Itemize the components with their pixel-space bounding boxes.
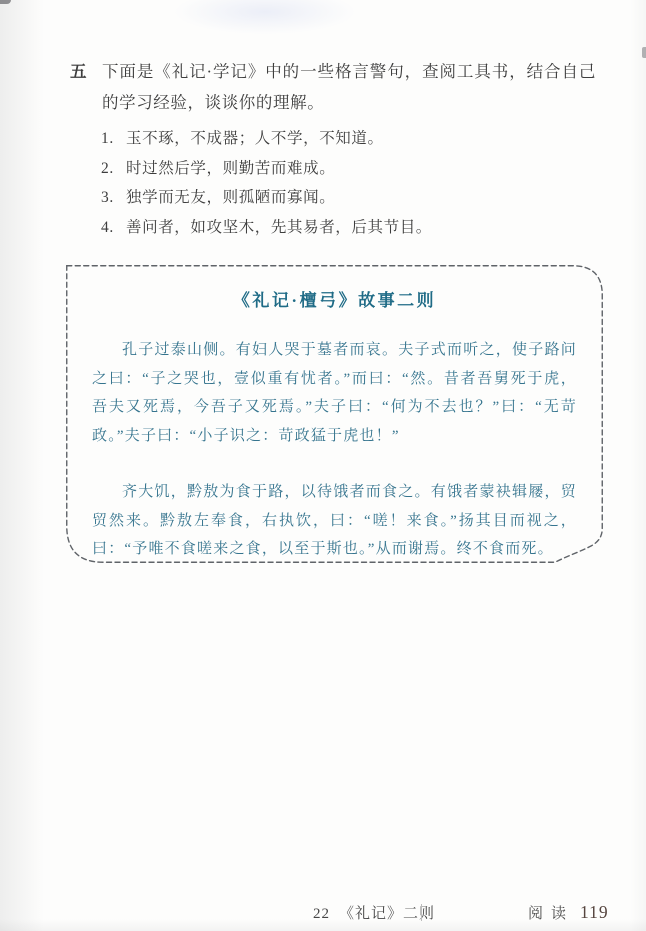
story-box: 《礼记·檀弓》故事二则 孔子过泰山侧。有妇人哭于墓者而哀。夫子式而听之，使子路问… — [66, 265, 603, 563]
story-box-title: 《礼记·檀弓》故事二则 — [66, 286, 603, 311]
list-item-text: 独学而无友，则孤陋而寡闻。 — [126, 183, 335, 213]
exercise-number: 五 — [70, 56, 102, 118]
story-paragraph: 孔子过泰山侧。有妇人哭于墓者而哀。夫子式而听之，使子路问之曰：“子之哭也，壹似重… — [92, 336, 577, 450]
page-footer: 22 《礼记》二则 阅读 119 — [0, 900, 646, 926]
exercise-prompt: 下面是《礼记·学记》中的一些格言警句，查阅工具书，结合自己的学习经验，谈谈你的理… — [102, 56, 596, 118]
footer-divider — [421, 904, 422, 921]
footer-section: 阅读 119 — [528, 902, 609, 923]
list-item: 3. 独学而无友，则孤陋而寡闻。 — [101, 183, 596, 213]
list-item-number: 2. — [101, 154, 126, 184]
exercise-item-list: 1. 玉不琢，不成器；人不学，不知道。 2. 时过然后学，则勤苦而难成。 3. … — [101, 124, 596, 242]
list-item-text: 玉不琢，不成器；人不学，不知道。 — [126, 124, 384, 154]
footer-lesson: 22 《礼记》二则 — [313, 902, 435, 923]
list-item: 2. 时过然后学，则勤苦而难成。 — [101, 154, 596, 184]
list-item-number: 3. — [101, 183, 126, 213]
story-paragraph: 齐大饥，黔敖为食于路，以待饿者而食之。有饿者蒙袂辑屦，贸贸然来。黔敖左奉食，右执… — [92, 478, 577, 564]
scan-artifact-top-left — [0, 0, 11, 4]
list-item: 4. 善问者，如攻坚木，先其易者，后其节目。 — [101, 213, 596, 243]
list-item-number: 1. — [101, 124, 126, 154]
exercise-header: 五 下面是《礼记·学记》中的一些格言警句，查阅工具书，结合自己的学习经验，谈谈你… — [70, 56, 596, 118]
scan-artifact-right-edge — [642, 47, 646, 58]
textbook-page: 五 下面是《礼记·学记》中的一些格言警句，查阅工具书，结合自己的学习经验，谈谈你… — [0, 0, 646, 931]
list-item-number: 4. — [101, 213, 126, 243]
list-item-text: 时过然后学，则勤苦而难成。 — [126, 154, 335, 184]
lesson-number: 22 — [313, 906, 330, 923]
page-number: 119 — [580, 902, 609, 923]
story-content: 《礼记·檀弓》故事二则 孔子过泰山侧。有妇人哭于墓者而哀。夫子式而听之，使子路问… — [66, 286, 603, 564]
section-label: 阅读 — [528, 902, 574, 923]
list-item: 1. 玉不琢，不成器；人不学，不知道。 — [101, 124, 596, 154]
list-item-text: 善问者，如攻坚木，先其易者，后其节目。 — [126, 213, 432, 243]
exercise-section: 五 下面是《礼记·学记》中的一些格言警句，查阅工具书，结合自己的学习经验，谈谈你… — [70, 56, 596, 242]
